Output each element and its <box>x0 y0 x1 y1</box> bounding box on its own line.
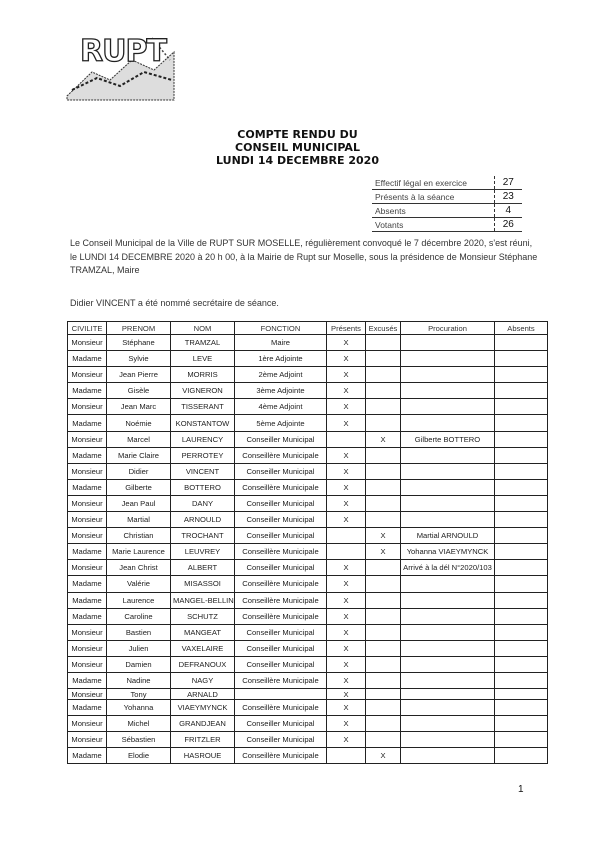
cell-civility: Madame <box>68 415 107 431</box>
cell-absent <box>495 335 548 351</box>
table-row: MonsieurDidierVINCENTConseiller Municipa… <box>68 463 548 479</box>
cell-last-name: NAGY <box>171 672 235 688</box>
table-row: MonsieurMichelGRANDJEANConseiller Munici… <box>68 716 548 732</box>
column-header-civility: CIVILITE <box>68 322 107 335</box>
cell-excused <box>366 592 401 608</box>
cell-absent <box>495 576 548 592</box>
cell-present: X <box>327 732 366 748</box>
table-row: MonsieurJean PaulDANYConseiller Municipa… <box>68 495 548 511</box>
cell-function: Maire <box>235 335 327 351</box>
table-row: MadameElodieHASROUEConseillère Municipal… <box>68 748 548 764</box>
cell-civility: Madame <box>68 700 107 716</box>
table-row: MadameValérieMISASSOIConseillère Municip… <box>68 576 548 592</box>
table-row: MadameMarie ClairePERROTEYConseillère Mu… <box>68 447 548 463</box>
cell-present: X <box>327 608 366 624</box>
cell-excused <box>366 335 401 351</box>
cell-last-name: FRITZLER <box>171 732 235 748</box>
column-header-excused: Excusés <box>366 322 401 335</box>
cell-civility: Monsieur <box>68 528 107 544</box>
cell-function: Conseillère Municipale <box>235 748 327 764</box>
summary-value: 26 <box>494 218 522 232</box>
table-row: MadameMarie LaurenceLEUVREYConseillère M… <box>68 544 548 560</box>
cell-civility: Madame <box>68 748 107 764</box>
cell-present: X <box>327 447 366 463</box>
cell-excused <box>366 732 401 748</box>
cell-present <box>327 544 366 560</box>
cell-present: X <box>327 576 366 592</box>
document-title: COMPTE RENDU DU CONSEIL MUNICIPAL LUNDI … <box>0 128 595 167</box>
cell-first-name: Gisèle <box>107 383 171 399</box>
cell-civility: Madame <box>68 544 107 560</box>
cell-civility: Monsieur <box>68 560 107 576</box>
cell-last-name: VIAEYMYNCK <box>171 700 235 716</box>
cell-proxy <box>401 608 495 624</box>
cell-excused <box>366 656 401 672</box>
cell-present <box>327 431 366 447</box>
table-row: MonsieurJean PierreMORRIS2ème AdjointX <box>68 367 548 383</box>
cell-absent <box>495 544 548 560</box>
cell-last-name: ARNOULD <box>171 512 235 528</box>
cell-civility: Monsieur <box>68 640 107 656</box>
cell-last-name: DEFRANOUX <box>171 656 235 672</box>
table-row: MadameCarolineSCHUTZConseillère Municipa… <box>68 608 548 624</box>
cell-civility: Monsieur <box>68 716 107 732</box>
table-row: MadameGisèleVIGNERON3ème AdjointeX <box>68 383 548 399</box>
cell-first-name: Julien <box>107 640 171 656</box>
column-header-present: Présents <box>327 322 366 335</box>
cell-first-name: Marcel <box>107 431 171 447</box>
cell-excused: X <box>366 544 401 560</box>
cell-civility: Monsieur <box>68 495 107 511</box>
attendance-table: CIVILITEPRENOMNOMFONCTIONPrésentsExcusés… <box>67 321 548 764</box>
table-row: MonsieurTonyARNALDX <box>68 689 548 700</box>
cell-first-name: Sébastien <box>107 732 171 748</box>
cell-last-name: TISSERANT <box>171 399 235 415</box>
cell-proxy <box>401 447 495 463</box>
cell-function: Conseillère Municipale <box>235 700 327 716</box>
cell-proxy: Martial ARNOULD <box>401 528 495 544</box>
cell-absent <box>495 399 548 415</box>
attendance-summary: Effectif légal en exercice27Présents à l… <box>372 176 522 232</box>
cell-excused: X <box>366 431 401 447</box>
cell-proxy <box>401 351 495 367</box>
cell-proxy <box>401 335 495 351</box>
column-header-first-name: PRENOM <box>107 322 171 335</box>
cell-present: X <box>327 399 366 415</box>
cell-civility: Monsieur <box>68 656 107 672</box>
cell-present: X <box>327 640 366 656</box>
cell-function: Conseillère Municipale <box>235 479 327 495</box>
cell-first-name: Elodie <box>107 748 171 764</box>
table-row: MonsieurJulienVAXELAIREConseiller Munici… <box>68 640 548 656</box>
cell-civility: Madame <box>68 447 107 463</box>
cell-last-name: VIGNERON <box>171 383 235 399</box>
cell-present: X <box>327 512 366 528</box>
cell-present: X <box>327 592 366 608</box>
cell-function: Conseiller Municipal <box>235 656 327 672</box>
cell-first-name: Stéphane <box>107 335 171 351</box>
cell-absent <box>495 512 548 528</box>
table-row: MonsieurBastienMANGEATConseiller Municip… <box>68 624 548 640</box>
column-header-proxy: Procuration <box>401 322 495 335</box>
cell-present <box>327 528 366 544</box>
summary-value: 23 <box>494 190 522 204</box>
cell-civility: Monsieur <box>68 399 107 415</box>
cell-excused <box>366 399 401 415</box>
cell-first-name: Jean Marc <box>107 399 171 415</box>
table-row: MadameNoémieKONSTANTOW5ème AdjointeX <box>68 415 548 431</box>
cell-excused <box>366 479 401 495</box>
cell-first-name: Christian <box>107 528 171 544</box>
table-row: MadameLaurenceMANGEL-BELLINIConseillère … <box>68 592 548 608</box>
cell-proxy <box>401 512 495 528</box>
title-line-1: COMPTE RENDU DU <box>0 128 595 141</box>
cell-excused <box>366 640 401 656</box>
cell-excused <box>366 608 401 624</box>
cell-proxy <box>401 399 495 415</box>
cell-absent <box>495 700 548 716</box>
cell-proxy: Arrivé à la dél N°2020/103 <box>401 560 495 576</box>
cell-proxy <box>401 672 495 688</box>
table-row: MonsieurChristianTROCHANTConseiller Muni… <box>68 528 548 544</box>
cell-last-name: LEVE <box>171 351 235 367</box>
cell-proxy <box>401 748 495 764</box>
cell-absent <box>495 351 548 367</box>
cell-proxy <box>401 624 495 640</box>
cell-proxy <box>401 495 495 511</box>
summary-row: Effectif légal en exercice27 <box>372 176 522 190</box>
cell-excused <box>366 576 401 592</box>
summary-value: 4 <box>494 204 522 218</box>
cell-proxy: Gilberte BOTTERO <box>401 431 495 447</box>
cell-absent <box>495 431 548 447</box>
cell-proxy <box>401 640 495 656</box>
cell-absent <box>495 624 548 640</box>
cell-last-name: KONSTANTOW <box>171 415 235 431</box>
table-row: MadameNadineNAGYConseillère MunicipaleX <box>68 672 548 688</box>
cell-present: X <box>327 383 366 399</box>
cell-absent <box>495 592 548 608</box>
cell-last-name: SCHUTZ <box>171 608 235 624</box>
cell-absent <box>495 716 548 732</box>
cell-last-name: TRAMZAL <box>171 335 235 351</box>
cell-absent <box>495 447 548 463</box>
intro-paragraph: Le Conseil Municipal de la Ville de RUPT… <box>70 237 540 278</box>
cell-first-name: Laurence <box>107 592 171 608</box>
cell-present: X <box>327 560 366 576</box>
cell-function: Conseiller Municipal <box>235 640 327 656</box>
logo-text: RUPT <box>80 34 166 69</box>
cell-excused <box>366 672 401 688</box>
cell-civility: Madame <box>68 592 107 608</box>
title-line-2: CONSEIL MUNICIPAL <box>0 141 595 154</box>
table-row: MadameYohannaVIAEYMYNCKConseillère Munic… <box>68 700 548 716</box>
cell-excused <box>366 351 401 367</box>
cell-last-name: ARNALD <box>171 689 235 700</box>
cell-proxy <box>401 367 495 383</box>
table-row: MonsieurMartialARNOULDConseiller Municip… <box>68 512 548 528</box>
cell-civility: Monsieur <box>68 689 107 700</box>
cell-function: 5ème Adjointe <box>235 415 327 431</box>
cell-last-name: MANGEAT <box>171 624 235 640</box>
cell-proxy <box>401 479 495 495</box>
cell-present: X <box>327 689 366 700</box>
cell-absent <box>495 560 548 576</box>
cell-last-name: LAURENCY <box>171 431 235 447</box>
cell-absent <box>495 383 548 399</box>
cell-first-name: Gilberte <box>107 479 171 495</box>
cell-excused <box>366 716 401 732</box>
cell-present: X <box>327 656 366 672</box>
cell-last-name: LEUVREY <box>171 544 235 560</box>
cell-present: X <box>327 716 366 732</box>
cell-absent <box>495 479 548 495</box>
cell-present: X <box>327 335 366 351</box>
cell-absent <box>495 640 548 656</box>
cell-civility: Monsieur <box>68 367 107 383</box>
cell-proxy <box>401 732 495 748</box>
cell-last-name: ALBERT <box>171 560 235 576</box>
cell-function: 3ème Adjointe <box>235 383 327 399</box>
cell-present: X <box>327 672 366 688</box>
summary-row: Absents4 <box>372 204 522 218</box>
cell-first-name: Jean Paul <box>107 495 171 511</box>
cell-function: Conseiller Municipal <box>235 463 327 479</box>
table-row: MonsieurJean ChristALBERTConseiller Muni… <box>68 560 548 576</box>
cell-first-name: Martial <box>107 512 171 528</box>
table-row: MadameGilberteBOTTEROConseillère Municip… <box>68 479 548 495</box>
cell-first-name: Marie Claire <box>107 447 171 463</box>
cell-excused <box>366 512 401 528</box>
cell-last-name: VINCENT <box>171 463 235 479</box>
title-line-3: LUNDI 14 DECEMBRE 2020 <box>0 154 595 167</box>
summary-label: Présents à la séance <box>372 190 494 204</box>
cell-excused <box>366 383 401 399</box>
cell-proxy <box>401 700 495 716</box>
cell-first-name: Valérie <box>107 576 171 592</box>
cell-civility: Monsieur <box>68 624 107 640</box>
cell-function: Conseiller Municipal <box>235 495 327 511</box>
cell-civility: Monsieur <box>68 512 107 528</box>
table-row: MonsieurStéphaneTRAMZALMaireX <box>68 335 548 351</box>
column-header-absent: Absents <box>495 322 548 335</box>
cell-excused <box>366 700 401 716</box>
cell-function: Conseiller Municipal <box>235 624 327 640</box>
cell-function: Conseiller Municipal <box>235 431 327 447</box>
cell-last-name: HASROUE <box>171 748 235 764</box>
cell-proxy <box>401 576 495 592</box>
cell-present: X <box>327 700 366 716</box>
cell-function: Conseiller Municipal <box>235 732 327 748</box>
cell-proxy: Yohanna VIAEYMYNCK <box>401 544 495 560</box>
cell-function: Conseillère Municipale <box>235 544 327 560</box>
cell-civility: Madame <box>68 479 107 495</box>
cell-function: Conseiller Municipal <box>235 512 327 528</box>
cell-absent <box>495 656 548 672</box>
column-header-last-name: NOM <box>171 322 235 335</box>
cell-first-name: Michel <box>107 716 171 732</box>
cell-absent <box>495 495 548 511</box>
cell-civility: Madame <box>68 576 107 592</box>
cell-function: Conseillère Municipale <box>235 608 327 624</box>
cell-excused: X <box>366 748 401 764</box>
cell-function: 1ère Adjointe <box>235 351 327 367</box>
cell-proxy <box>401 656 495 672</box>
table-row: MadameSylvieLEVE1ère AdjointeX <box>68 351 548 367</box>
secretary-paragraph: Didier VINCENT a été nommé secrétaire de… <box>70 297 540 311</box>
cell-excused <box>366 367 401 383</box>
cell-first-name: Jean Christ <box>107 560 171 576</box>
cell-excused: X <box>366 528 401 544</box>
cell-civility: Madame <box>68 351 107 367</box>
cell-first-name: Damien <box>107 656 171 672</box>
cell-present: X <box>327 479 366 495</box>
column-header-function: FONCTION <box>235 322 327 335</box>
cell-last-name: TROCHANT <box>171 528 235 544</box>
cell-first-name: Noémie <box>107 415 171 431</box>
cell-civility: Madame <box>68 672 107 688</box>
cell-proxy <box>401 463 495 479</box>
cell-proxy <box>401 383 495 399</box>
cell-absent <box>495 748 548 764</box>
cell-present: X <box>327 367 366 383</box>
table-row: MonsieurDamienDEFRANOUXConseiller Munici… <box>68 656 548 672</box>
cell-absent <box>495 367 548 383</box>
cell-last-name: BOTTERO <box>171 479 235 495</box>
cell-last-name: MISASSOI <box>171 576 235 592</box>
cell-first-name: Didier <box>107 463 171 479</box>
cell-last-name: MANGEL-BELLINI <box>171 592 235 608</box>
summary-label: Absents <box>372 204 494 218</box>
cell-function: 4ème Adjoint <box>235 399 327 415</box>
cell-absent <box>495 463 548 479</box>
table-row: MonsieurSébastienFRITZLERConseiller Muni… <box>68 732 548 748</box>
cell-last-name: PERROTEY <box>171 447 235 463</box>
cell-excused <box>366 463 401 479</box>
cell-proxy <box>401 716 495 732</box>
cell-excused <box>366 560 401 576</box>
cell-function: Conseillère Municipale <box>235 672 327 688</box>
cell-first-name: Tony <box>107 689 171 700</box>
cell-last-name: GRANDJEAN <box>171 716 235 732</box>
cell-excused <box>366 415 401 431</box>
cell-first-name: Marie Laurence <box>107 544 171 560</box>
cell-absent <box>495 672 548 688</box>
cell-function <box>235 689 327 700</box>
cell-last-name: MORRIS <box>171 367 235 383</box>
cell-proxy <box>401 415 495 431</box>
cell-first-name: Sylvie <box>107 351 171 367</box>
cell-function: 2ème Adjoint <box>235 367 327 383</box>
town-logo: RUPT <box>62 30 177 102</box>
cell-present: X <box>327 463 366 479</box>
cell-civility: Monsieur <box>68 463 107 479</box>
cell-absent <box>495 608 548 624</box>
cell-present: X <box>327 495 366 511</box>
cell-excused <box>366 447 401 463</box>
cell-absent <box>495 689 548 700</box>
cell-absent <box>495 415 548 431</box>
cell-present: X <box>327 351 366 367</box>
cell-first-name: Bastien <box>107 624 171 640</box>
cell-last-name: VAXELAIRE <box>171 640 235 656</box>
summary-row: Votants26 <box>372 218 522 232</box>
cell-function: Conseiller Municipal <box>235 560 327 576</box>
table-row: MonsieurMarcelLAURENCYConseiller Municip… <box>68 431 548 447</box>
summary-value: 27 <box>494 176 522 190</box>
cell-first-name: Yohanna <box>107 700 171 716</box>
cell-first-name: Nadine <box>107 672 171 688</box>
cell-present: X <box>327 624 366 640</box>
cell-function: Conseiller Municipal <box>235 528 327 544</box>
cell-first-name: Caroline <box>107 608 171 624</box>
cell-function: Conseillère Municipale <box>235 447 327 463</box>
summary-label: Votants <box>372 218 494 232</box>
cell-civility: Madame <box>68 383 107 399</box>
cell-civility: Madame <box>68 608 107 624</box>
cell-proxy <box>401 592 495 608</box>
cell-civility: Monsieur <box>68 732 107 748</box>
summary-label: Effectif légal en exercice <box>372 176 494 190</box>
cell-function: Conseillère Municipale <box>235 576 327 592</box>
cell-present <box>327 748 366 764</box>
cell-function: Conseiller Municipal <box>235 716 327 732</box>
cell-excused <box>366 495 401 511</box>
table-row: MonsieurJean MarcTISSERANT4ème AdjointX <box>68 399 548 415</box>
summary-row: Présents à la séance23 <box>372 190 522 204</box>
cell-proxy <box>401 689 495 700</box>
cell-excused <box>366 624 401 640</box>
cell-absent <box>495 732 548 748</box>
cell-civility: Monsieur <box>68 335 107 351</box>
cell-present: X <box>327 415 366 431</box>
cell-absent <box>495 528 548 544</box>
cell-excused <box>366 689 401 700</box>
cell-civility: Monsieur <box>68 431 107 447</box>
page-number: 1 <box>518 784 524 795</box>
cell-last-name: DANY <box>171 495 235 511</box>
cell-first-name: Jean Pierre <box>107 367 171 383</box>
cell-function: Conseillère Municipale <box>235 592 327 608</box>
